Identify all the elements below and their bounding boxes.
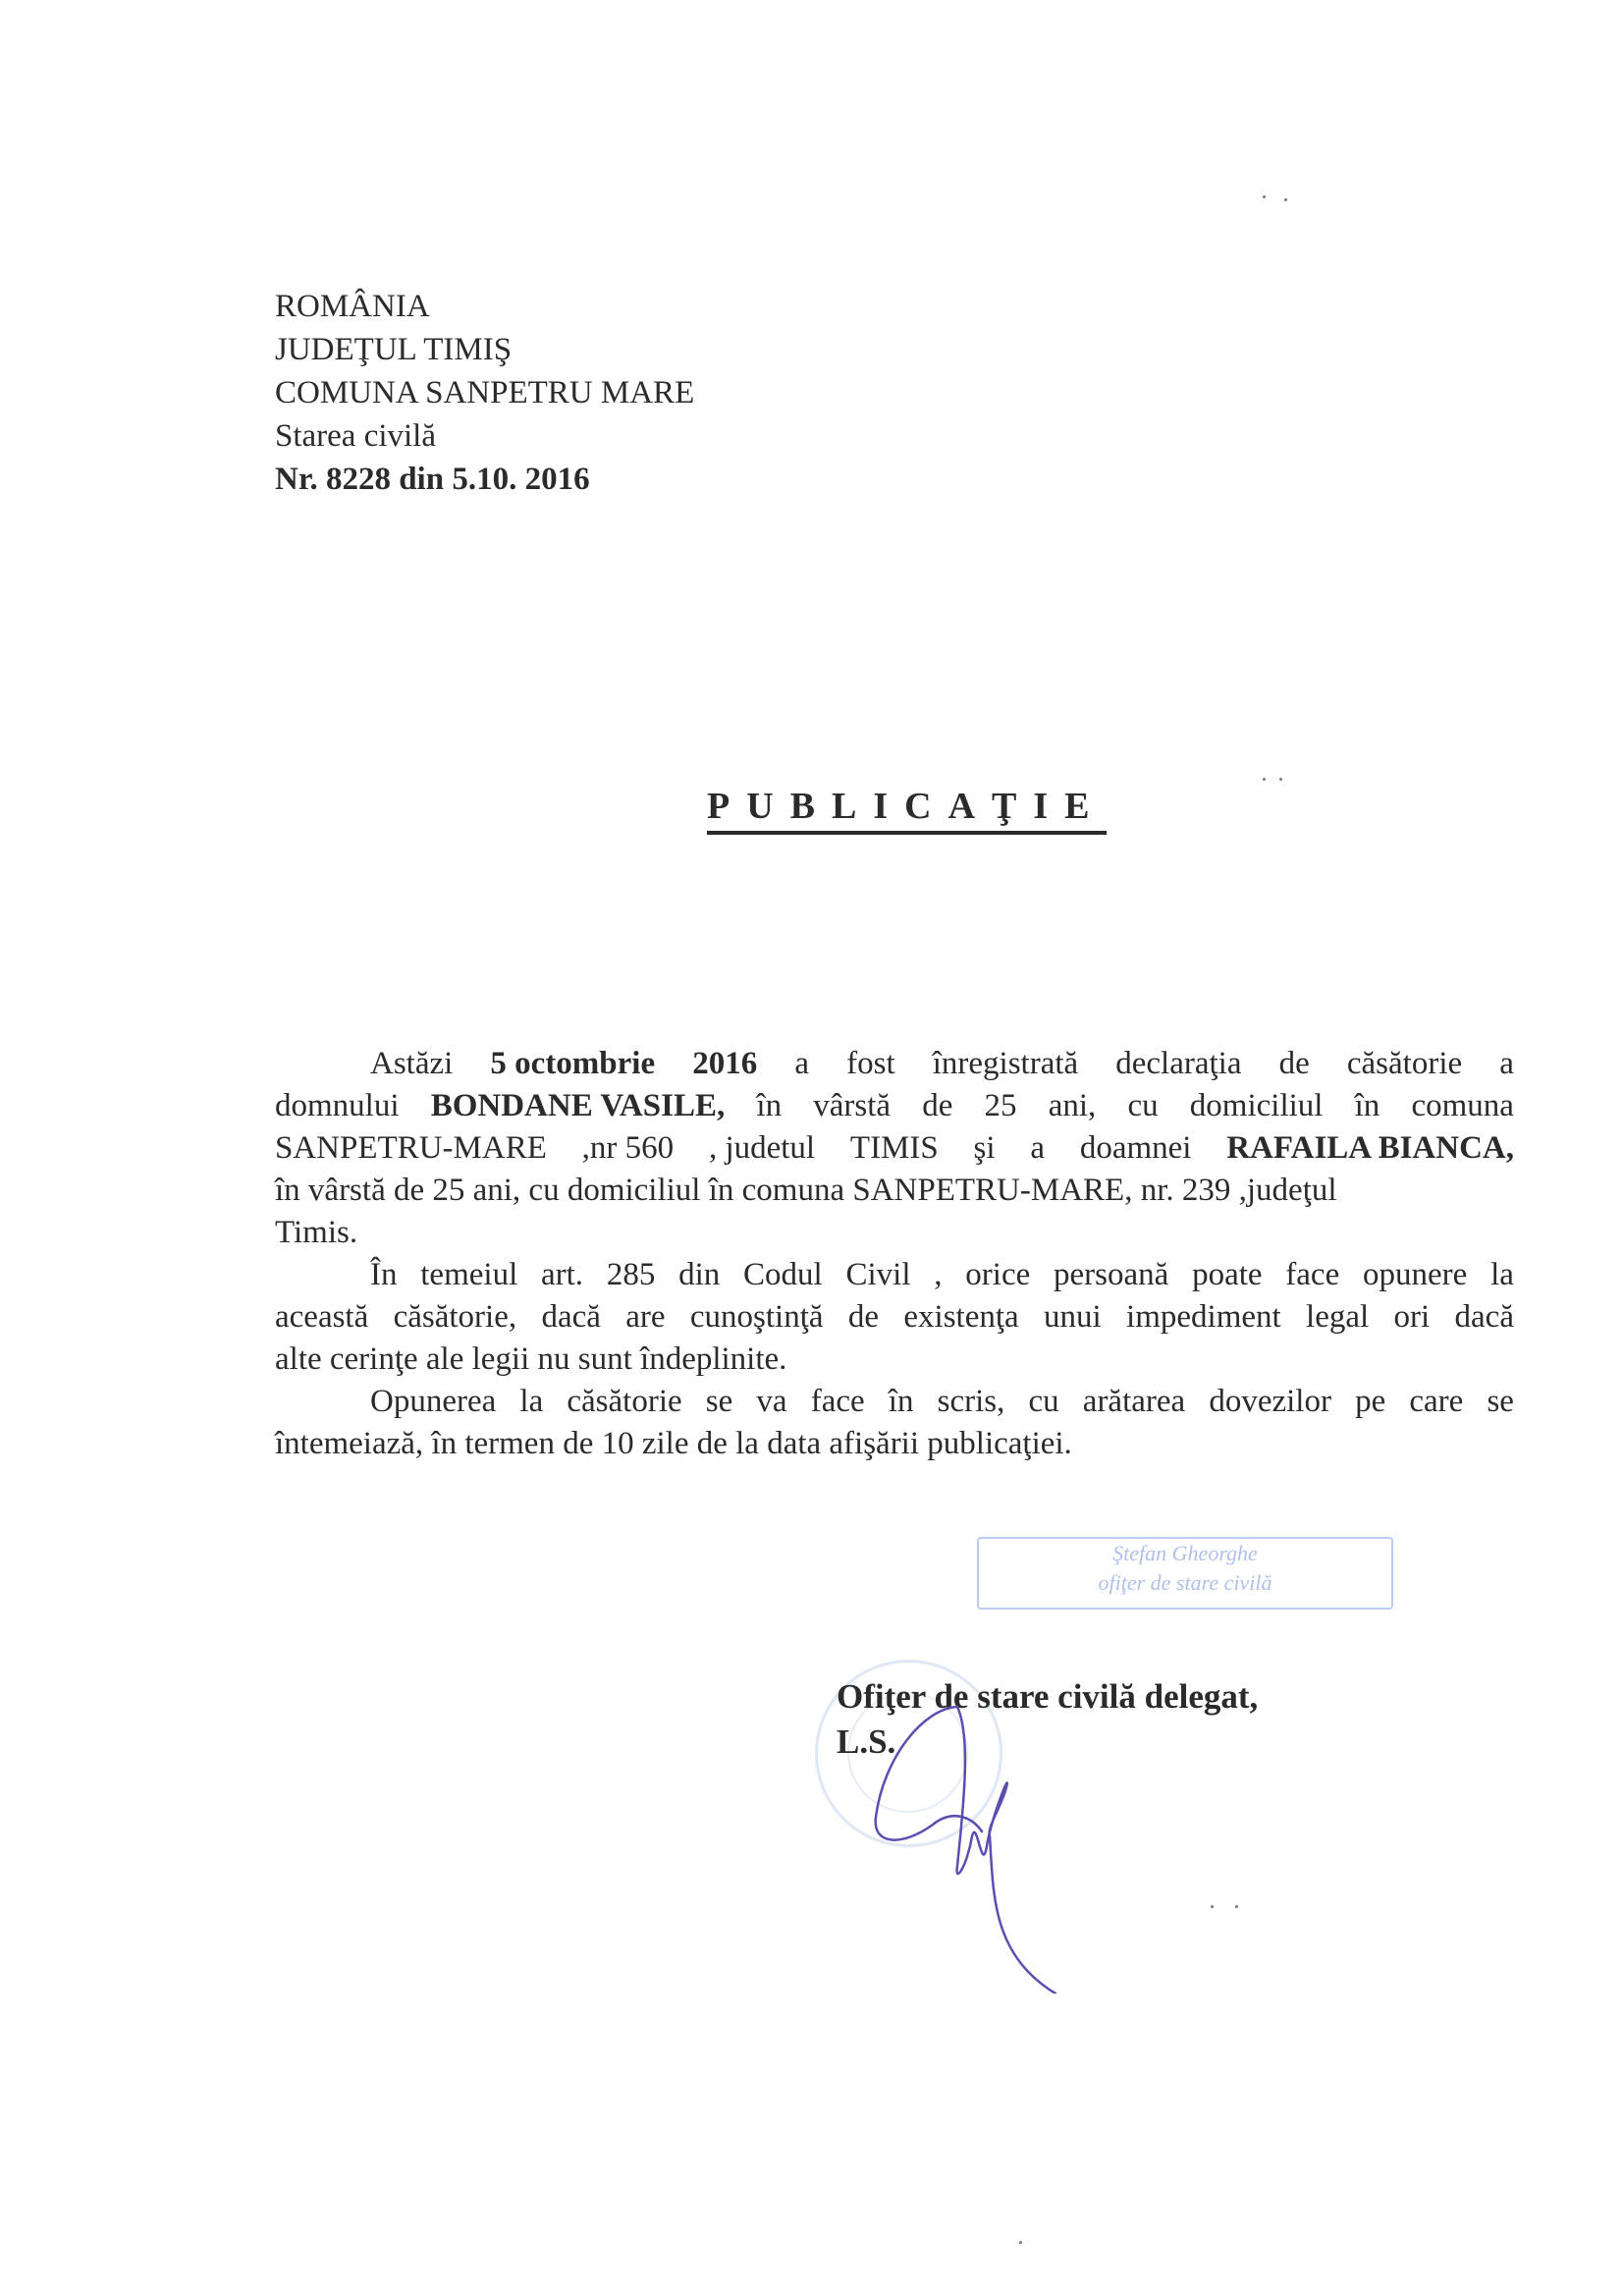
word: căsătorie	[1347, 1043, 1462, 1085]
word: În	[370, 1254, 398, 1296]
word: căsătorie	[567, 1381, 681, 1423]
word: domnului	[275, 1085, 400, 1127]
word: în	[756, 1085, 782, 1127]
word: Astăzi	[370, 1043, 453, 1085]
word: scris,	[938, 1381, 1005, 1423]
word: a	[1499, 1043, 1514, 1085]
scan-speck	[1211, 1905, 1214, 1908]
paragraph-1-line-4: în vârstă de 25 ani, cu domiciliul în co…	[275, 1170, 1514, 1212]
word: la	[519, 1381, 543, 1423]
word: impediment	[1126, 1296, 1281, 1339]
word: ani,	[1049, 1085, 1097, 1127]
word: declaraţia	[1115, 1043, 1241, 1085]
word: are	[625, 1296, 665, 1339]
scan-speck	[1263, 195, 1266, 198]
paragraph-1-line-1: Astăzi5 octombrie2016afostînregistratăde…	[275, 1043, 1514, 1085]
word: face	[811, 1381, 865, 1423]
word: RAFAILA BIANCA,	[1226, 1127, 1514, 1170]
word: 285	[607, 1254, 656, 1296]
word: a	[794, 1043, 809, 1085]
word: doamnei	[1080, 1127, 1192, 1170]
word: SANPETRU-MARE	[275, 1127, 547, 1170]
word: de	[922, 1085, 952, 1127]
word: persoană	[1054, 1254, 1168, 1296]
word: se	[706, 1381, 733, 1423]
document-title: PUBLICAŢIE	[707, 786, 1107, 835]
word: 2016	[692, 1043, 757, 1085]
word: cunoştinţă	[690, 1296, 824, 1339]
word: dacă	[1455, 1296, 1514, 1339]
scan-speck	[1019, 2241, 1022, 2244]
registration-number: Nr. 8228 din 5.10. 2016	[275, 458, 694, 501]
paragraph-1-line-5: Timis.	[275, 1212, 1514, 1254]
paragraph-1-line-3: SANPETRU-MARE,nr 560, judetulTIMISşiadoa…	[275, 1127, 1514, 1170]
word: în	[1355, 1085, 1380, 1127]
word: de	[848, 1296, 879, 1339]
county: JUDEŢUL TIMIŞ	[275, 328, 694, 371]
officer-stamp: Ştefan Gheorghe ofiţer de stare civilă	[977, 1537, 1393, 1610]
word: ,nr 560	[582, 1127, 675, 1170]
scan-speck	[1279, 778, 1282, 781]
word: vârstă	[813, 1085, 891, 1127]
word: comuna	[1411, 1085, 1513, 1127]
commune: COMUNA SANPETRU MARE	[275, 371, 694, 414]
paragraph-2-line-2: aceastăcăsătorie,dacăarecunoştinţădeexis…	[275, 1296, 1514, 1339]
word: cu	[1127, 1085, 1158, 1127]
stamp-role: ofiţer de stare civilă	[979, 1568, 1391, 1598]
paragraph-3-line-1: Opunerealacăsătoriesevafaceînscris,cuară…	[275, 1381, 1514, 1423]
word: art.	[541, 1254, 583, 1296]
word: existenţa	[903, 1296, 1018, 1339]
scan-speck	[1235, 1905, 1238, 1908]
word: 25	[985, 1085, 1017, 1127]
paragraph-3-line-2: întemeiază, în termen de 10 zile de la d…	[275, 1423, 1514, 1465]
word: domiciliul	[1190, 1085, 1324, 1127]
word: care	[1409, 1381, 1463, 1423]
document-body: Astăzi5 octombrie2016afostînregistratăde…	[275, 1043, 1514, 1465]
paragraph-2-line-3: alte cerinţe ale legii nu sunt îndeplini…	[275, 1339, 1514, 1381]
word: înregistrată	[933, 1043, 1078, 1085]
word: din	[678, 1254, 720, 1296]
word: dovezilor	[1209, 1381, 1331, 1423]
word: căsătorie,	[394, 1296, 517, 1339]
word: face	[1285, 1254, 1339, 1296]
handwritten-signature-icon	[864, 1699, 1100, 1994]
word: ori	[1394, 1296, 1431, 1339]
word: pe	[1355, 1381, 1385, 1423]
paragraph-1-line-2: domnuluiBONDANE VASILE,învârstăde25ani,c…	[275, 1085, 1514, 1127]
word: în	[889, 1381, 914, 1423]
word: de	[1279, 1043, 1310, 1085]
word: BONDANE VASILE,	[431, 1085, 726, 1127]
country: ROMÂNIA	[275, 285, 694, 328]
word: unui	[1044, 1296, 1102, 1339]
word: a	[1030, 1127, 1045, 1170]
stamp-name: Ştefan Gheorghe	[979, 1539, 1391, 1568]
word: la	[1490, 1254, 1514, 1296]
word: orice	[965, 1254, 1030, 1296]
word: cu	[1029, 1381, 1059, 1423]
paragraph-2-line-1: Întemeiulart.285dinCodulCivil,oriceperso…	[275, 1254, 1514, 1296]
word: această	[275, 1296, 368, 1339]
word: Opunerea	[370, 1381, 496, 1423]
word: , judetul	[709, 1127, 815, 1170]
word: TIMIS	[850, 1127, 939, 1170]
word: dacă	[541, 1296, 600, 1339]
word: ,	[934, 1254, 942, 1296]
scan-speck	[1284, 198, 1287, 201]
word: legal	[1306, 1296, 1369, 1339]
word: se	[1487, 1381, 1514, 1423]
word: 5 octombrie	[490, 1043, 655, 1085]
word: Codul	[743, 1254, 823, 1296]
word: va	[756, 1381, 786, 1423]
word: opunere	[1363, 1254, 1467, 1296]
word: fost	[846, 1043, 895, 1085]
word: şi	[974, 1127, 996, 1170]
document-header: ROMÂNIA JUDEŢUL TIMIŞ COMUNA SANPETRU MA…	[275, 285, 694, 501]
scan-speck	[1263, 778, 1266, 781]
word: temeiul	[420, 1254, 517, 1296]
word: arătarea	[1083, 1381, 1185, 1423]
word: poate	[1192, 1254, 1262, 1296]
department: Starea civilă	[275, 414, 694, 458]
word: Civil	[845, 1254, 910, 1296]
